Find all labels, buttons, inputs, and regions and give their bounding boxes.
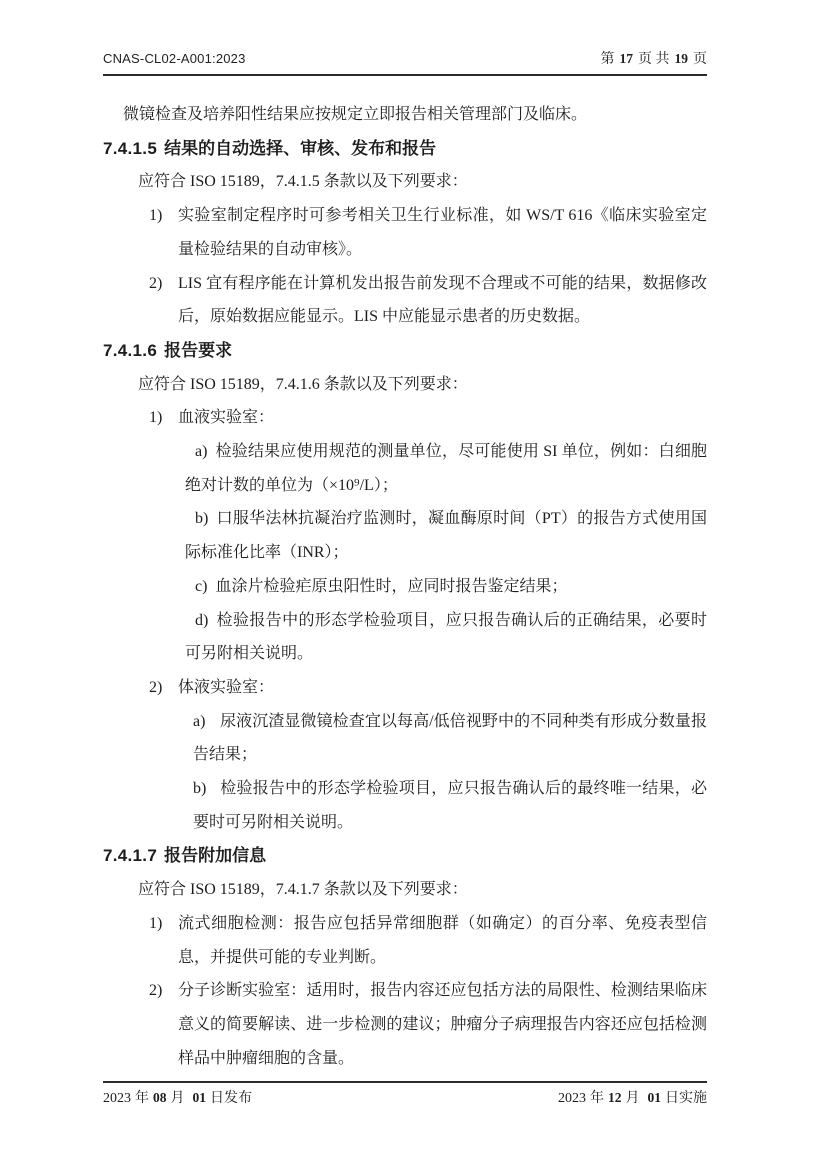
- list-item-label: 2): [149, 974, 162, 1008]
- sub-item-text: 检验结果应使用规范的测量单位，尽可能使用 SI 单位，例如：白细胞绝对计数的单位…: [185, 443, 707, 494]
- sub-list-item: d)检验报告中的形态学检验项目，应只报告确认后的正确结果，必要时可另附相关说明。: [185, 604, 707, 671]
- sub-item-label: a): [195, 443, 215, 460]
- list-item: 2)LIS 宜有程序能在计算机发出报告前发现不合理或不可能的结果，数据修改后，原…: [178, 267, 707, 334]
- list-item: 1)血液实验室：: [178, 401, 707, 435]
- list-item-label: 1): [149, 401, 162, 435]
- section-heading: 7.4.1.6报告要求: [103, 334, 707, 368]
- sub-item-text: 口服华法林抗凝治疗监测时，凝血酶原时间（PT）的报告方式使用国际标准化比率（IN…: [185, 510, 707, 561]
- sub-item-label: c): [195, 578, 215, 595]
- intro-paragraph: 应符合 ISO 15189，7.4.1.7 条款以及下列要求：: [138, 873, 707, 907]
- list-item-label: 1): [149, 907, 162, 941]
- heading-number: 7.4.1.5: [103, 139, 157, 158]
- sub-item-text: 检验报告中的形态学检验项目，应只报告确认后的正确结果，必要时可另附相关说明。: [185, 612, 707, 663]
- release-day: 01: [193, 1090, 207, 1105]
- list-item-text: LIS 宜有程序能在计算机发出报告前发现不合理或不可能的结果，数据修改后，原始数…: [178, 275, 707, 326]
- page-indicator: 第17页 共19页: [601, 48, 708, 68]
- list-item: 1)实验室制定程序时可参考相关卫生行业标准，如 WS/T 616《临床实验室定量…: [178, 199, 707, 266]
- sub-item-text: 尿液沉渣显微镜检查宜以每高/低倍视野中的不同种类有形成分数量报告结果；: [193, 713, 707, 764]
- section-heading: 7.4.1.7报告附加信息: [103, 839, 707, 873]
- sub-item-label: b): [193, 772, 220, 806]
- sub-item-text: 检验报告中的形态学检验项目，应只报告确认后的最终唯一结果，必要时可另附相关说明。: [193, 780, 707, 831]
- section-heading: 7.4.1.5结果的自动选择、审核、发布和报告: [103, 132, 707, 166]
- page-footer: 2023年08月01日发布 2023年12月01日实施: [103, 1087, 707, 1107]
- doc-number: CNAS-CL02-A001:2023: [103, 51, 246, 66]
- list-item-text: 体液实验室：: [178, 679, 274, 696]
- implement-month: 12: [608, 1090, 622, 1105]
- sub-list-item: a)检验结果应使用规范的测量单位，尽可能使用 SI 单位，例如：白细胞绝对计数的…: [185, 435, 707, 502]
- release-year-label: 年: [135, 1091, 149, 1106]
- sub-list-item: b)口服华法林抗凝治疗监测时，凝血酶原时间（PT）的报告方式使用国际标准化比率（…: [185, 502, 707, 569]
- implement-year: 2023: [558, 1091, 586, 1106]
- list-item-text: 分子诊断实验室：适用时，报告内容还应包括方法的局限性、检测结果临床意义的简要解读…: [178, 982, 707, 1066]
- lead-paragraph: 微镜检查及培养阳性结果应按规定立即报告相关管理部门及临床。: [123, 98, 707, 132]
- sub-item-label: d): [195, 612, 216, 629]
- heading-title: 报告附加信息: [164, 846, 266, 865]
- sub-list-item: c)血涂片检验疟原虫阳性时，应同时报告鉴定结果；: [185, 570, 707, 604]
- heading-number: 7.4.1.6: [103, 341, 157, 360]
- list-item-text: 实验室制定程序时可参考相关卫生行业标准，如 WS/T 616《临床实验室定量检验…: [178, 207, 707, 258]
- implement-year-label: 年: [590, 1091, 604, 1106]
- implementation-date: 2023年12月01日实施: [558, 1087, 707, 1107]
- page-header: CNAS-CL02-A001:2023 第17页 共19页: [103, 48, 707, 68]
- section-7416: 7.4.1.6报告要求 应符合 ISO 15189，7.4.1.6 条款以及下列…: [103, 334, 707, 840]
- page-label-suffix: 页: [693, 52, 707, 67]
- list-item-text: 流式细胞检测：报告应包括异常细胞群（如确定）的百分率、免疫表型信息，并提供可能的…: [178, 915, 707, 966]
- sub-list-item: b)检验报告中的形态学检验项目，应只报告确认后的最终唯一结果，必要时可另附相关说…: [193, 772, 707, 839]
- section-7417: 7.4.1.7报告附加信息 应符合 ISO 15189，7.4.1.7 条款以及…: [103, 839, 707, 1075]
- sub-item-text: 血涂片检验疟原虫阳性时，应同时报告鉴定结果；: [215, 578, 567, 595]
- release-month-label: 月: [171, 1091, 185, 1106]
- implement-month-label: 月: [626, 1091, 640, 1106]
- release-month: 08: [153, 1090, 167, 1105]
- release-day-label: 日发布: [210, 1091, 252, 1106]
- list-item: 2)分子诊断实验室：适用时，报告内容还应包括方法的局限性、检测结果临床意义的简要…: [178, 974, 707, 1075]
- heading-number: 7.4.1.7: [103, 846, 157, 865]
- current-page-number: 17: [620, 51, 634, 66]
- list-item: 1)流式细胞检测：报告应包括异常细胞群（如确定）的百分率、免疫表型信息，并提供可…: [178, 907, 707, 974]
- list-item-label: 2): [149, 671, 162, 705]
- implement-day: 01: [648, 1090, 662, 1105]
- list-item-label: 1): [149, 199, 162, 233]
- intro-paragraph: 应符合 ISO 15189，7.4.1.6 条款以及下列要求：: [138, 368, 707, 402]
- list-item-label: 2): [149, 267, 162, 301]
- list-item: 2)体液实验室：: [178, 671, 707, 705]
- total-page-number: 19: [675, 51, 689, 66]
- release-date: 2023年08月01日发布: [103, 1087, 252, 1107]
- list-item-text: 血液实验室：: [178, 409, 274, 426]
- sub-item-label: a): [193, 705, 220, 739]
- implement-day-label: 日实施: [665, 1091, 707, 1106]
- page-label-prefix: 第: [601, 52, 615, 67]
- section-7415: 7.4.1.5结果的自动选择、审核、发布和报告 应符合 ISO 15189，7.…: [103, 132, 707, 334]
- sub-item-label: b): [195, 510, 216, 527]
- document-body: 微镜检查及培养阳性结果应按规定立即报告相关管理部门及临床。 7.4.1.5结果的…: [103, 98, 707, 1075]
- header-rule: [103, 74, 707, 76]
- intro-paragraph: 应符合 ISO 15189，7.4.1.5 条款以及下列要求：: [138, 165, 707, 199]
- page-label-mid: 页 共: [638, 52, 670, 67]
- release-year: 2023: [103, 1091, 131, 1106]
- heading-title: 结果的自动选择、审核、发布和报告: [164, 139, 436, 158]
- document-page: CNAS-CL02-A001:2023 第17页 共19页 微镜检查及培养阳性结…: [0, 0, 827, 1170]
- sub-list-item: a)尿液沉渣显微镜检查宜以每高/低倍视野中的不同种类有形成分数量报告结果；: [193, 705, 707, 772]
- footer-rule: [103, 1081, 707, 1083]
- heading-title: 报告要求: [164, 341, 232, 360]
